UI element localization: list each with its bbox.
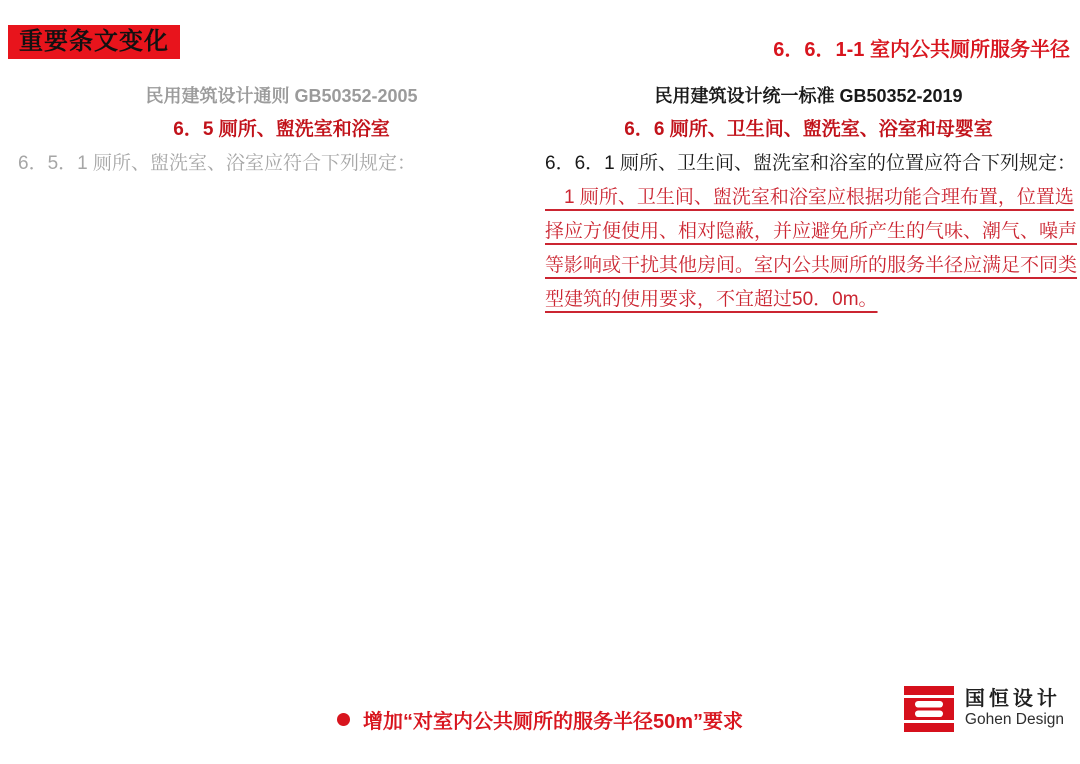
- new-standard-name: 民用建筑设计统一标准 GB50352-2019: [545, 79, 1072, 113]
- logo-name-en: Gohen Design: [965, 711, 1064, 730]
- old-standard-name: 民用建筑设计通则 GB50352-2005: [18, 79, 545, 113]
- new-standard-clause-paragraph: 1 厕所、卫生间、盥洗室和浴室应根据功能合理布置，位置选 择应方便使用、相对隐蔽…: [545, 181, 1072, 317]
- new-standard-clause-intro: 6．6．1 厕所、卫生间、盥洗室和浴室的位置应符合下列规定：: [545, 147, 1072, 181]
- clause-line-1: 1 厕所、卫生间、盥洗室和浴室应根据功能合理布置，位置选: [545, 181, 1072, 215]
- slide-canvas: 重要条文变化 6．6．1-1 室内公共厕所服务半径 民用建筑设计通则 GB503…: [0, 0, 1080, 764]
- clause-line-3: 等影响或干扰其他房间。室内公共厕所的服务半径应满足不同类: [545, 249, 1072, 283]
- section-title: 6．6．1-1 室内公共厕所服务半径: [773, 33, 1070, 62]
- footer-note-text: 增加“对室内公共厕所的服务半径50m”要求: [363, 705, 743, 734]
- new-standard-chapter: 6．6 厕所、卫生间、盥洗室、浴室和母婴室: [545, 113, 1072, 147]
- logo-mark-icon: [902, 686, 956, 732]
- slide-tag-banner: 重要条文变化: [8, 25, 180, 59]
- old-standard-clause: 6．5．1 厕所、盥洗室、浴室应符合下列规定：: [18, 147, 545, 181]
- clause-line-4: 型建筑的使用要求，不宜超过50．0m。: [545, 283, 1072, 317]
- new-standard-column: 民用建筑设计统一标准 GB50352-2019 6．6 厕所、卫生间、盥洗室、浴…: [545, 79, 1072, 317]
- company-logo: 国恒设计 Gohen Design: [902, 686, 1064, 732]
- clause-line-2: 择应方便使用、相对隐蔽，并应避免所产生的气味、潮气、噪声: [545, 215, 1072, 249]
- bullet-icon: [337, 713, 350, 726]
- logo-name-cn: 国恒设计: [965, 688, 1064, 711]
- logo-text: 国恒设计 Gohen Design: [965, 688, 1064, 730]
- old-standard-chapter: 6．5 厕所、盥洗室和浴室: [18, 113, 545, 147]
- old-standard-column: 民用建筑设计通则 GB50352-2005 6．5 厕所、盥洗室和浴室 6．5．…: [18, 79, 545, 181]
